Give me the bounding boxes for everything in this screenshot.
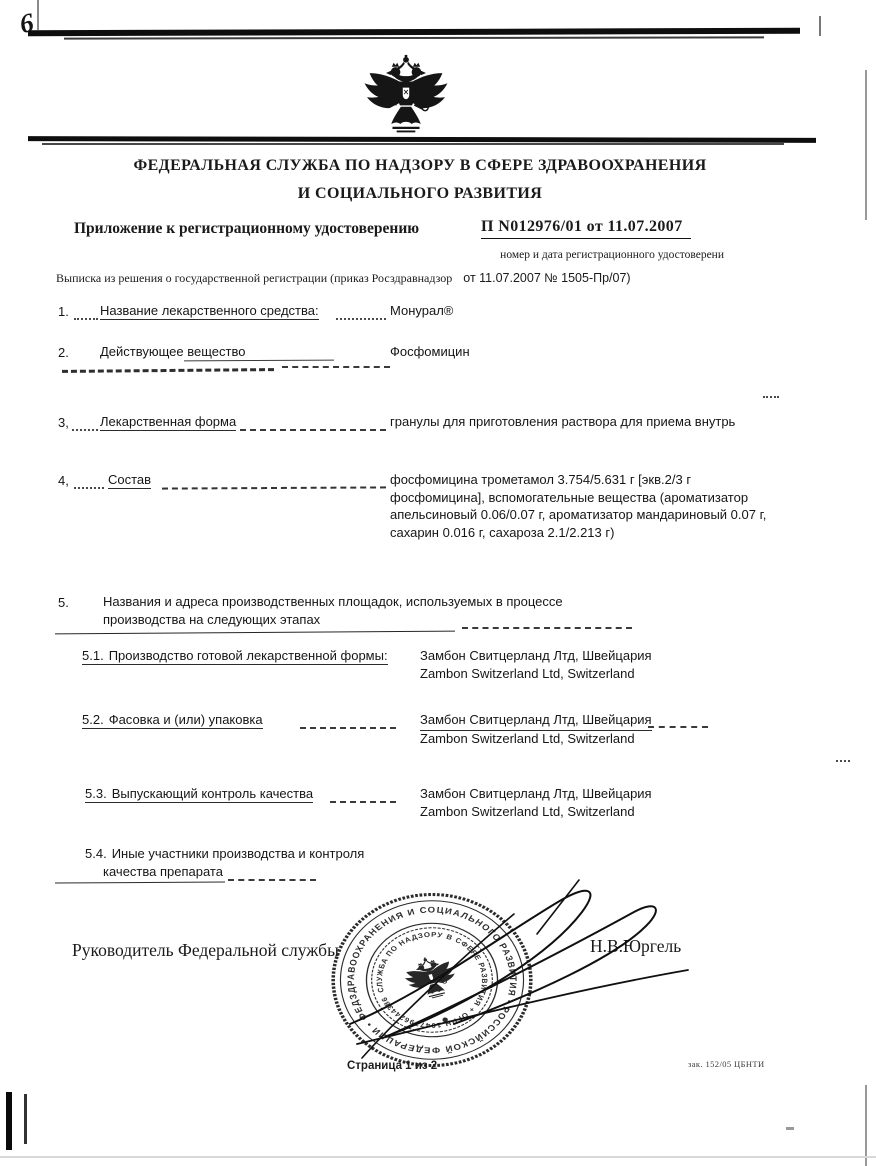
scan-artifact-speck — [836, 760, 850, 762]
letterhead-title-line2: И СОЦИАЛЬНОГО РАЗВИТИЯ — [70, 180, 770, 208]
item-5-label-line1: Названия и адреса производственных площа… — [103, 594, 563, 609]
site-5-3-number: 5.3. — [85, 786, 107, 801]
site-5-2-value-dashes — [648, 726, 708, 728]
item-2-value: Фосфомицин — [390, 343, 470, 361]
site-5-2-leader — [300, 727, 396, 729]
site-5-2-number: 5.2. — [82, 712, 104, 727]
site-5-3-label-row: 5.3.Выпускающий контроль качества — [85, 786, 313, 803]
letterhead-rule-top-shadow — [64, 36, 764, 39]
scan-artifact-top-right-tick — [819, 16, 821, 36]
scan-artifact-bottom-left-thin-bar — [24, 1094, 27, 1144]
site-5-2-label-row: 5.2.Фасовка и (или) упаковка — [82, 712, 263, 729]
extract-text: Выписка из решения о государственной рег… — [56, 271, 452, 285]
letterhead-title: ФЕДЕРАЛЬНАЯ СЛУЖБА ПО НАДЗОРУ В СФЕРЕ ЗД… — [70, 152, 770, 208]
registration-number: П N012976/01 от 11.07.2007 — [481, 218, 691, 239]
site-5-3-value-en: Zambon Switzerland Ltd, Switzerland — [420, 803, 635, 821]
site-5-4-label-row: 5.4.Иные участники производства и контро… — [85, 846, 364, 861]
item-3-number: 3, — [58, 415, 69, 430]
site-5-2-value-en: Zambon Switzerland Ltd, Switzerland — [420, 730, 635, 748]
item-4-leader-pre — [74, 487, 104, 489]
letterhead-rule-bottom — [28, 136, 816, 143]
item-1-leader-pre — [74, 318, 98, 320]
item-3-value: гранулы для приготовления раствора для п… — [390, 413, 860, 431]
site-5-3-value-ru: Замбон Свитцерланд Лтд, Швейцария — [420, 785, 652, 803]
scanned-document-page: 6 — [0, 0, 876, 1166]
site-5-1-number: 5.1. — [82, 648, 104, 663]
print-order-mark: зак. 152/05 ЦБНТИ — [688, 1059, 765, 1069]
scan-artifact-speck — [763, 396, 779, 398]
double-headed-eagle-emblem-icon — [358, 54, 454, 138]
item-3-leader-pre — [72, 429, 98, 431]
item-2-underline — [184, 360, 334, 362]
item-5-label-line2: производства на следующих этапах — [103, 612, 320, 627]
scan-smudge-strike — [62, 368, 274, 373]
item-5-underline-dashes — [462, 627, 632, 629]
item-3-leader — [240, 429, 386, 431]
item-5-underline — [55, 631, 455, 635]
item-2-number: 2. — [58, 345, 69, 360]
extract-line: Выписка из решения о государственной рег… — [56, 271, 631, 286]
item-5-number: 5. — [58, 595, 69, 610]
item-1-label: Название лекарственного средства: — [100, 303, 319, 320]
item-4-label: Состав — [108, 472, 151, 489]
scan-artifact-bottom-left-bar — [6, 1092, 12, 1150]
scan-artifact-bottom-hairline — [0, 1156, 876, 1158]
letterhead-rule-top — [28, 28, 800, 36]
site-5-1-label: Производство готовой лекарственной формы… — [109, 648, 388, 663]
item-4-value: фосфомицина трометамол 3.754/5.631 г [эк… — [390, 471, 782, 541]
site-5-4-label-line2: качества препарата — [103, 864, 223, 879]
extract-order-number: от 11.07.2007 № 1505-Пр/07) — [463, 271, 630, 285]
site-5-4-underline — [55, 882, 225, 884]
site-5-2-label: Фасовка и (или) упаковка — [109, 712, 263, 727]
letterhead-rule-bottom-shadow — [42, 143, 784, 145]
registration-number-caption: номер и дата регистрационного удостовере… — [446, 249, 724, 261]
item-4-leader — [162, 486, 386, 489]
annex-label: Приложение к регистрационному удостовере… — [74, 220, 419, 238]
letterhead-title-line1: ФЕДЕРАЛЬНАЯ СЛУЖБА ПО НАДЗОРУ В СФЕРЕ ЗД… — [70, 152, 770, 180]
item-1-value: Монурал® — [390, 302, 453, 320]
item-2-label: Действующее вещество — [100, 344, 245, 359]
scan-smudge-strike-light — [282, 366, 390, 368]
handwritten-signature — [332, 872, 704, 1072]
site-5-4-underline-dashes — [228, 879, 316, 881]
signatory-title: Руководитель Федеральной службы — [72, 940, 339, 961]
site-5-1-value-en: Zambon Switzerland Ltd, Switzerland — [420, 665, 635, 683]
site-5-3-leader — [330, 801, 396, 803]
item-1-leader — [336, 318, 386, 320]
site-5-1-value-ru: Замбон Свитцерланд Лтд, Швейцария — [420, 647, 652, 665]
scan-artifact-right-edge-line-bottom — [865, 1085, 867, 1166]
scan-artifact-right-edge-line — [865, 70, 867, 220]
site-5-3-label: Выпускающий контроль качества — [112, 786, 313, 801]
item-4-number: 4, — [58, 473, 69, 488]
scan-artifact-speck — [786, 1127, 794, 1130]
site-5-2-value-ru: Замбон Свитцерланд Лтд, Швейцария — [420, 711, 652, 731]
site-5-4-label-line1: Иные участники производства и контроля — [112, 846, 365, 861]
item-3-label: Лекарственная форма — [100, 414, 236, 431]
page-indicator: Страница 1 из 2 — [347, 1060, 437, 1072]
site-5-1-label-row: 5.1.Производство готовой лекарственной ф… — [82, 648, 388, 665]
item-1-number: 1. — [58, 304, 69, 319]
site-5-4-number: 5.4. — [85, 846, 107, 861]
scan-artifact-left-edge-line — [37, 0, 39, 30]
